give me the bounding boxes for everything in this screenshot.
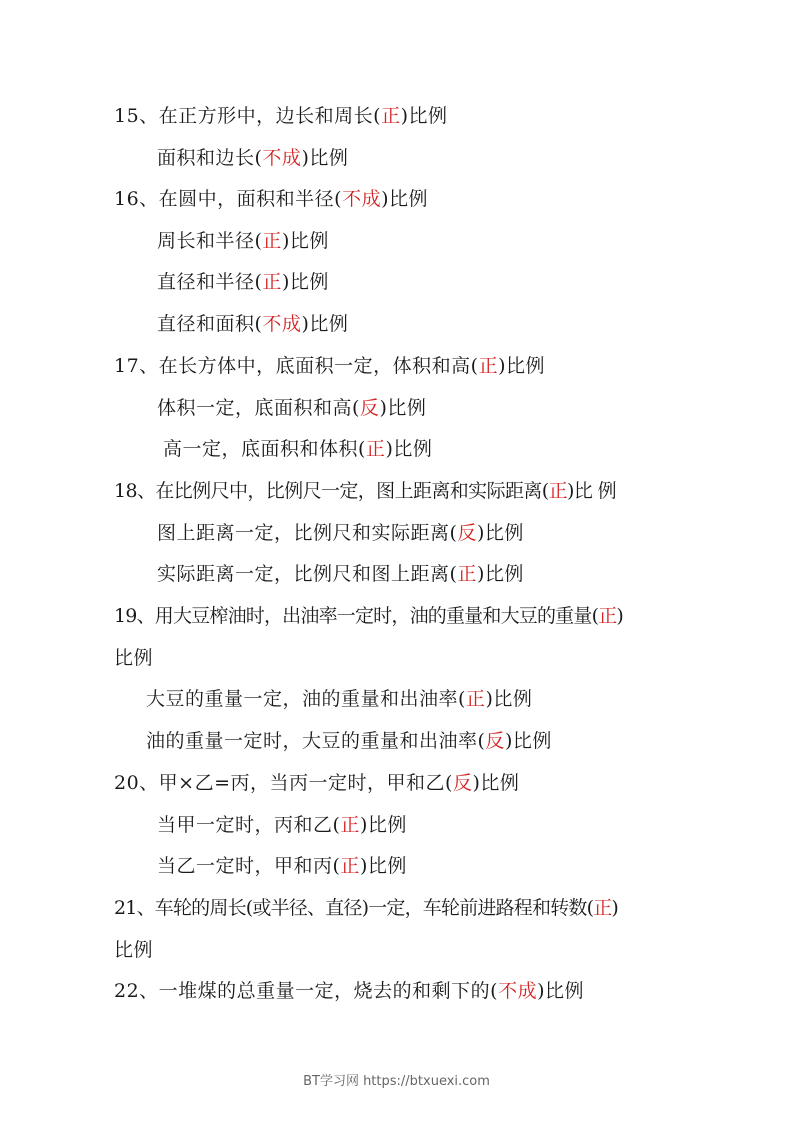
line-text: 当乙一定时，甲和丙( bbox=[157, 855, 340, 877]
answer: 正 bbox=[593, 897, 611, 919]
line-text: 15、在正方形中，边长和周长( bbox=[114, 105, 381, 127]
line-text: )比例 bbox=[385, 438, 432, 460]
footer-watermark: BT学习网 https://btxuexi.com bbox=[0, 1070, 793, 1089]
line-text: )比例 bbox=[301, 313, 348, 335]
line-text: 面积和边长( bbox=[157, 147, 262, 169]
answer: 正 bbox=[598, 605, 616, 627]
answer: 反 bbox=[360, 397, 380, 419]
line-text: 直径和面积( bbox=[157, 313, 262, 335]
answer: 正 bbox=[457, 563, 477, 585]
item-18-line-3: 实际距离一定，比例尺和图上距离(正)比例 bbox=[157, 562, 524, 586]
line-text: 高一定，底面积和体积( bbox=[163, 438, 366, 460]
line-text: )比例 bbox=[379, 397, 426, 419]
answer: 正 bbox=[262, 271, 282, 293]
line-text: 比例 bbox=[114, 647, 153, 669]
item-19-line-4: 油的重量一定时，大豆的重量和出油率(反)比例 bbox=[146, 729, 552, 753]
line-text: 周长和半径( bbox=[157, 230, 262, 252]
item-20-line-1: 20、甲×乙=丙，当丙一定时，甲和乙(反)比例 bbox=[114, 771, 519, 795]
item-19-line-2: 比例 bbox=[114, 646, 153, 670]
answer: 正 bbox=[479, 355, 499, 377]
line-text: )比例 bbox=[505, 730, 552, 752]
answer: 不成 bbox=[498, 980, 537, 1002]
line-text: 油的重量一定时，大豆的重量和出油率( bbox=[146, 730, 485, 752]
document-page: 15、在正方形中，边长和周长(正)比例 面积和边长(不成)比例 16、在圆中，面… bbox=[0, 0, 793, 1122]
answer: 不成 bbox=[262, 147, 301, 169]
line-text: 大豆的重量一定，油的重量和出油率( bbox=[146, 688, 466, 710]
line-text: )比例 bbox=[485, 688, 532, 710]
item-15-line-1: 15、在正方形中，边长和周长(正)比例 bbox=[114, 104, 448, 128]
answer: 正 bbox=[381, 105, 401, 127]
line-text: 图上距离一定，比例尺和实际距离( bbox=[157, 522, 457, 544]
item-16-line-1: 16、在圆中，面积和半径(不成)比例 bbox=[114, 187, 428, 211]
line-text: )比 例 bbox=[567, 480, 616, 502]
line-text: )比例 bbox=[301, 147, 348, 169]
answer: 不成 bbox=[262, 313, 301, 335]
line-text: 体积一定，底面积和高( bbox=[157, 397, 360, 419]
line-text: 19、用大豆榨油时，出油率一定时，油的重量和大豆的重量( bbox=[114, 605, 598, 627]
item-18-line-2: 图上距离一定，比例尺和实际距离(反)比例 bbox=[157, 521, 524, 545]
answer: 反 bbox=[457, 522, 477, 544]
line-text: ) bbox=[611, 897, 618, 919]
line-text: )比例 bbox=[401, 105, 448, 127]
line-text: 17、在长方体中，底面积一定，体积和高( bbox=[114, 355, 479, 377]
item-20-line-3: 当乙一定时，甲和丙(正)比例 bbox=[157, 854, 407, 878]
item-20-line-2: 当甲一定时，丙和乙(正)比例 bbox=[157, 813, 407, 837]
line-text: )比例 bbox=[472, 772, 519, 794]
line-text: )比例 bbox=[282, 271, 329, 293]
item-19-line-1: 19、用大豆榨油时，出油率一定时，油的重量和大豆的重量(正) bbox=[114, 604, 623, 628]
item-16-line-4: 直径和面积(不成)比例 bbox=[157, 312, 348, 336]
line-text: 18、在比例尺中，比例尺一定，图上距离和实际距离( bbox=[114, 480, 549, 502]
line-text: 比例 bbox=[114, 939, 153, 961]
line-text: 22、一堆煤的总重量一定，烧去的和剩下的( bbox=[114, 980, 498, 1002]
answer: 正 bbox=[262, 230, 282, 252]
item-18-line-1: 18、在比例尺中，比例尺一定，图上距离和实际距离(正)比 例 bbox=[114, 479, 616, 503]
answer: 正 bbox=[549, 480, 567, 502]
item-17-line-3: 高一定，底面积和体积(正)比例 bbox=[163, 437, 432, 461]
item-21-line-2: 比例 bbox=[114, 938, 153, 962]
line-text: )比例 bbox=[477, 522, 524, 544]
item-16-line-2: 周长和半径(正)比例 bbox=[157, 229, 329, 253]
line-text: )比例 bbox=[360, 855, 407, 877]
line-text: 16、在圆中，面积和半径( bbox=[114, 188, 342, 210]
item-19-line-3: 大豆的重量一定，油的重量和出油率(正)比例 bbox=[146, 687, 532, 711]
line-text: 直径和半径( bbox=[157, 271, 262, 293]
answer: 反 bbox=[453, 772, 473, 794]
answer: 正 bbox=[340, 814, 360, 836]
item-17-line-1: 17、在长方体中，底面积一定，体积和高(正)比例 bbox=[114, 354, 545, 378]
line-text: )比例 bbox=[381, 188, 428, 210]
answer: 正 bbox=[466, 688, 486, 710]
item-22-line-1: 22、一堆煤的总重量一定，烧去的和剩下的(不成)比例 bbox=[114, 979, 584, 1003]
item-15-line-2: 面积和边长(不成)比例 bbox=[157, 146, 348, 170]
answer: 不成 bbox=[342, 188, 381, 210]
line-text: ) bbox=[616, 605, 623, 627]
line-text: 当甲一定时，丙和乙( bbox=[157, 814, 340, 836]
item-16-line-3: 直径和半径(正)比例 bbox=[157, 270, 329, 294]
answer: 正 bbox=[366, 438, 386, 460]
answer: 正 bbox=[340, 855, 360, 877]
item-21-line-1: 21、车轮的周长(或半径、直径)一定，车轮前进路程和转数(正) bbox=[114, 896, 618, 920]
answer: 反 bbox=[485, 730, 505, 752]
line-text: 实际距离一定，比例尺和图上距离( bbox=[157, 563, 457, 585]
line-text: 21、车轮的周长(或半径、直径)一定，车轮前进路程和转数( bbox=[114, 897, 593, 919]
line-text: )比例 bbox=[498, 355, 545, 377]
line-text: )比例 bbox=[282, 230, 329, 252]
line-text: 20、甲×乙=丙，当丙一定时，甲和乙( bbox=[114, 772, 453, 794]
line-text: )比例 bbox=[360, 814, 407, 836]
item-17-line-2: 体积一定，底面积和高(反)比例 bbox=[157, 396, 426, 420]
line-text: )比例 bbox=[477, 563, 524, 585]
line-text: )比例 bbox=[537, 980, 584, 1002]
